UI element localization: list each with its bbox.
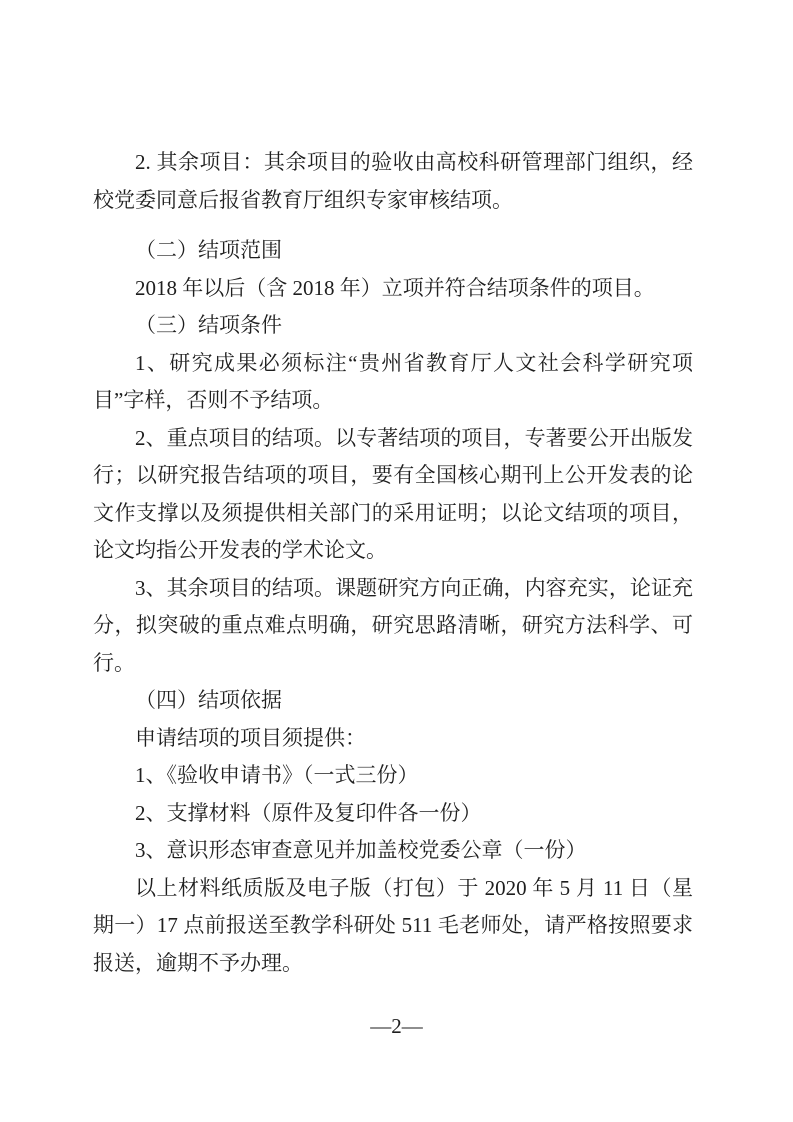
- paragraph-materials-intro: 申请结项的项目须提供：: [93, 720, 693, 758]
- heading-conclusion-conditions: （三）结项条件: [93, 307, 693, 345]
- list-item-ideology-review: 3、意识形态审查意见并加盖校党委公章（一份）: [93, 832, 693, 870]
- paragraph-conclusion-scope: 2018 年以后（含 2018 年）立项并符合结项条件的项目。: [93, 270, 693, 308]
- paragraph-condition-2: 2、重点项目的结项。以专著结项的项目，专著要公开出版发行；以研究报告结项的项目，…: [93, 420, 693, 570]
- paragraph-condition-1: 1、研究成果必须标注“贵州省教育厅人文社会科学研究项目”字样，否则不予结项。: [93, 345, 693, 420]
- list-item-supporting-materials: 2、支撑材料（原件及复印件各一份）: [93, 795, 693, 833]
- document-body: 2. 其余项目：其余项目的验收由高校科研管理部门组织，经校党委同意后报省教育厅组…: [93, 144, 693, 982]
- heading-conclusion-scope: （二）结项范围: [93, 232, 693, 270]
- page-number: —2—: [0, 1013, 793, 1039]
- paragraph-condition-3: 3、其余项目的结项。课题研究方向正确，内容充实，论证充分，拟突破的重点难点明确，…: [93, 570, 693, 683]
- list-item-acceptance-application: 1、《验收申请书》（一式三份）: [93, 757, 693, 795]
- paragraph-other-projects-acceptance: 2. 其余项目：其余项目的验收由高校科研管理部门组织，经校党委同意后报省教育厅组…: [93, 144, 693, 219]
- paragraph-submission-deadline: 以上材料纸质版及电子版（打包）于 2020 年 5 月 11 日（星期一）17 …: [93, 870, 693, 983]
- heading-conclusion-basis: （四）结项依据: [93, 682, 693, 720]
- document-page: 2. 其余项目：其余项目的验收由高校科研管理部门组织，经校党委同意后报省教育厅组…: [0, 0, 793, 1122]
